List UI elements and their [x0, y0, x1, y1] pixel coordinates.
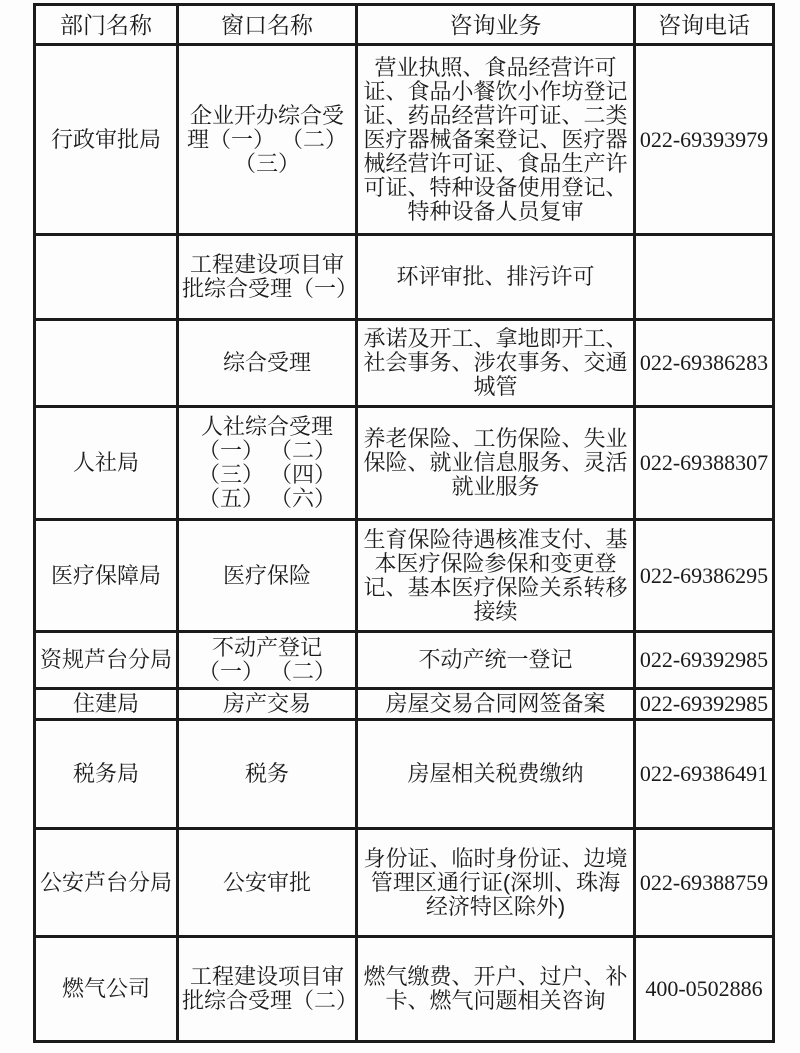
department-cell — [35, 320, 178, 407]
services-cell: 生育保险待遇核准支付、基本医疗保险参保和变更登记、基本医疗保险关系转移接续 — [357, 520, 635, 632]
services-cell: 房屋交易合同网签备案 — [357, 689, 635, 720]
window-cell: 企业开办综合受理（一） （二） （三） — [178, 45, 357, 235]
services-cell: 不动产统一登记 — [357, 632, 635, 689]
table-row: 税务局 税务 房屋相关税费缴纳 022-69386491 — [35, 720, 774, 829]
table-row: 综合受理 承诺及开工、拿地即开工、社会事务、涉农事务、交通城管 022-6938… — [35, 320, 774, 407]
department-cell: 资规芦台分局 — [35, 632, 178, 689]
services-cell: 环评审批、排污许可 — [357, 235, 635, 320]
table-row: 工程建设项目审批综合受理（一） 环评审批、排污许可 — [35, 235, 774, 320]
window-cell: 医疗保险 — [178, 520, 357, 632]
phone-cell: 022-69386295 — [635, 520, 774, 632]
window-cell: 综合受理 — [178, 320, 357, 407]
window-cell: 人社综合受理（一） （二） （三） （四） （五） （六） — [178, 407, 357, 520]
department-cell: 燃气公司 — [35, 937, 178, 1042]
header-phone: 咨询电话 — [635, 5, 774, 45]
phone-cell: 022-69386283 — [635, 320, 774, 407]
phone-cell: 400-0502886 — [635, 937, 774, 1042]
services-cell: 燃气缴费、开户、过户、补卡、燃气问题相关咨询 — [357, 937, 635, 1042]
window-cell: 税务 — [178, 720, 357, 829]
phone-cell: 022-69392985 — [635, 632, 774, 689]
phone-cell: 022-69388307 — [635, 407, 774, 520]
table-row: 资规芦台分局 不动产登记（一） （二） 不动产统一登记 022-69392985 — [35, 632, 774, 689]
window-cell: 工程建设项目审批综合受理（二） — [178, 937, 357, 1042]
services-cell: 房屋相关税费缴纳 — [357, 720, 635, 829]
phone-cell — [635, 235, 774, 320]
services-cell: 营业执照、食品经营许可证、食品小餐饮小作坊登记证、药品经营许可证、二类医疗器械备… — [357, 45, 635, 235]
phone-cell: 022-69388759 — [635, 829, 774, 937]
header-row: 部门名称 窗口名称 咨询业务 咨询电话 — [35, 5, 774, 45]
services-cell: 养老保险、工伤保险、失业保险、就业信息服务、灵活就业服务 — [357, 407, 635, 520]
department-cell — [35, 235, 178, 320]
department-cell: 公安芦台分局 — [35, 829, 178, 937]
table-row: 医疗保障局 医疗保险 生育保险待遇核准支付、基本医疗保险参保和变更登记、基本医疗… — [35, 520, 774, 632]
table-row: 燃气公司 工程建设项目审批综合受理（二） 燃气缴费、开户、过户、补卡、燃气问题相… — [35, 937, 774, 1042]
department-cell: 医疗保障局 — [35, 520, 178, 632]
services-cell: 承诺及开工、拿地即开工、社会事务、涉农事务、交通城管 — [357, 320, 635, 407]
table-row: 住建局 房产交易 房屋交易合同网签备案 022-69392985 — [35, 689, 774, 720]
header-window: 窗口名称 — [178, 5, 357, 45]
header-department: 部门名称 — [35, 5, 178, 45]
service-directory-page: 部门名称 窗口名称 咨询业务 咨询电话 行政审批局 企业开办综合受理（一） （二… — [0, 0, 800, 1053]
table-row: 人社局 人社综合受理（一） （二） （三） （四） （五） （六） 养老保险、工… — [35, 407, 774, 520]
department-cell: 行政审批局 — [35, 45, 178, 235]
service-directory-table: 部门名称 窗口名称 咨询业务 咨询电话 行政审批局 企业开办综合受理（一） （二… — [33, 3, 775, 1043]
window-cell: 工程建设项目审批综合受理（一） — [178, 235, 357, 320]
services-cell: 身份证、临时身份证、边境管理区通行证(深圳、珠海经济特区除外) — [357, 829, 635, 937]
department-cell: 住建局 — [35, 689, 178, 720]
phone-cell: 022-69386491 — [635, 720, 774, 829]
department-cell: 税务局 — [35, 720, 178, 829]
window-cell: 房产交易 — [178, 689, 357, 720]
header-services: 咨询业务 — [357, 5, 635, 45]
phone-cell: 022-69392985 — [635, 689, 774, 720]
table-row: 公安芦台分局 公安审批 身份证、临时身份证、边境管理区通行证(深圳、珠海经济特区… — [35, 829, 774, 937]
department-cell: 人社局 — [35, 407, 178, 520]
window-cell: 公安审批 — [178, 829, 357, 937]
phone-cell: 022-69393979 — [635, 45, 774, 235]
window-cell: 不动产登记（一） （二） — [178, 632, 357, 689]
table-row: 行政审批局 企业开办综合受理（一） （二） （三） 营业执照、食品经营许可证、食… — [35, 45, 774, 235]
